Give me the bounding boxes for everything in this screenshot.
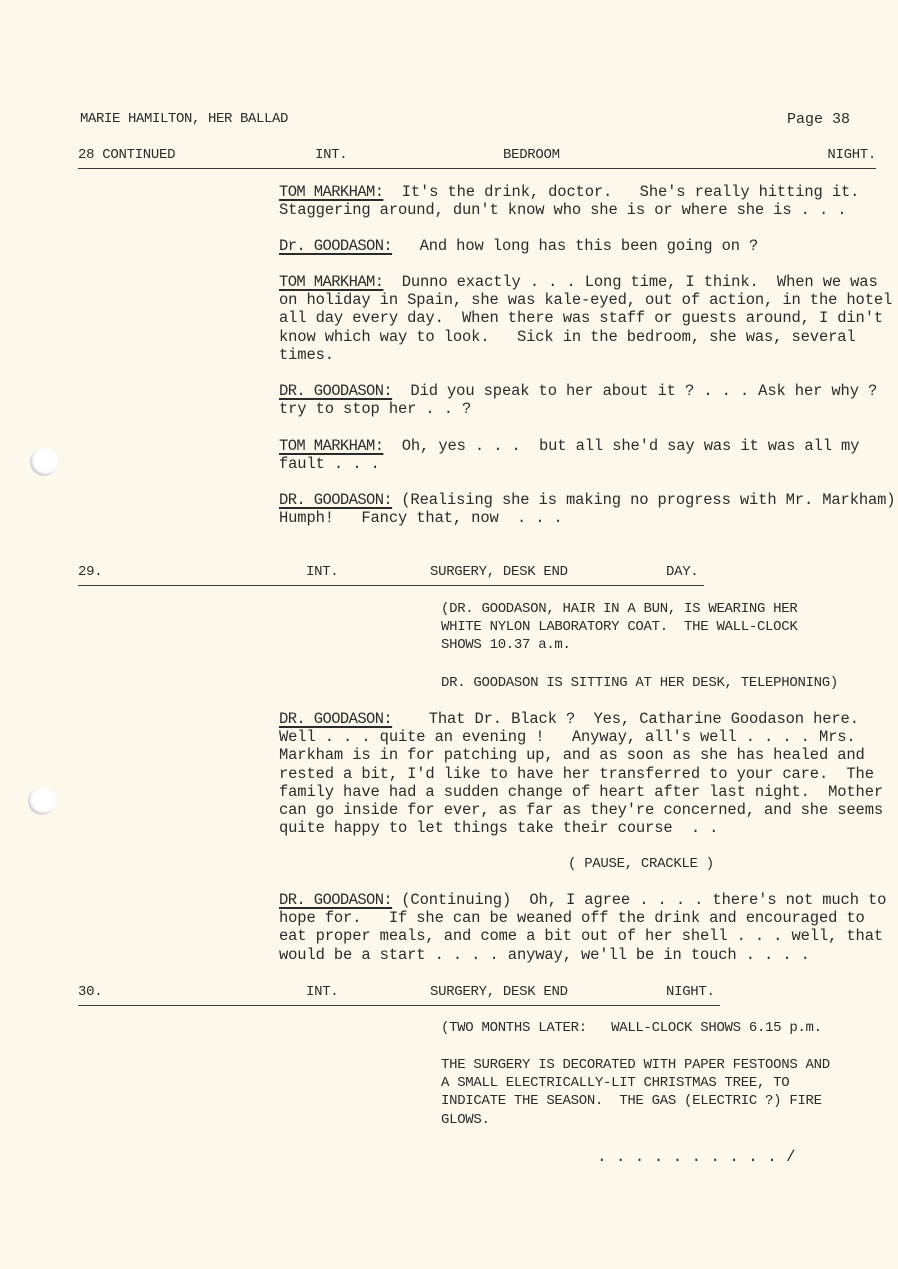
scene-number: 28 CONTINUED (78, 146, 175, 164)
dialogue-line: (Realising she is making no progress wit… (392, 491, 895, 509)
speaker-name: DR. GOODASON: (279, 491, 392, 509)
scene-heading-29: 29. INT. SURGERY, DESK END DAY. (78, 563, 704, 586)
dialogue-block: DR. GOODASON: (Realising she is making n… (279, 491, 895, 527)
dialogue-line: It's the drink, doctor. She's really hit… (383, 183, 859, 201)
punch-hole (28, 787, 56, 815)
dialogue-line: Dunno exactly . . . Long time, I think. … (383, 273, 877, 291)
scene-int-ext: INT. (306, 563, 338, 581)
dialogue-line: know which way to look. Sick in the bedr… (279, 328, 856, 346)
dialogue-line: Well . . . quite an evening ! Anyway, al… (279, 728, 856, 746)
scene-int-ext: INT. (315, 146, 347, 164)
scene-number: 29. (78, 563, 102, 581)
scene-location: BEDROOM (503, 146, 560, 164)
scene-heading-28: 28 CONTINUED INT. BEDROOM NIGHT. (78, 146, 876, 169)
punch-hole (30, 448, 58, 476)
dialogue-block: DR. GOODASON: That Dr. Black ? Yes, Cath… (279, 710, 883, 837)
speaker-name: DR. GOODASON: (279, 710, 392, 728)
stage-aside: ( PAUSE, CRACKLE ) (568, 855, 714, 873)
scene-location: SURGERY, DESK END (430, 983, 568, 1001)
dialogue-line: (Continuing) Oh, I agree . . . . there's… (392, 891, 886, 909)
dialogue-line: can go inside for ever, as far as they'r… (279, 801, 883, 819)
continuation-mark: . . . . . . . . . . / (597, 1148, 795, 1166)
speaker-name: Dr. GOODASON: (279, 237, 392, 255)
dialogue-line: Oh, yes . . . but all she'd say was it w… (383, 437, 859, 455)
script-title: MARIE HAMILTON, HER BALLAD (80, 110, 288, 128)
scene-int-ext: INT. (306, 983, 338, 1001)
dialogue-line: And how long has this been going on ? (392, 237, 758, 255)
scene-time: NIGHT. (827, 146, 876, 164)
stage-directions: (TWO MONTHS LATER: WALL-CLOCK SHOWS 6.15… (441, 1019, 822, 1037)
speaker-name: TOM MARKHAM: (279, 437, 383, 455)
dialogue-line: would be a start . . . . anyway, we'll b… (279, 946, 810, 964)
dialogue-line: family have had a sudden change of heart… (279, 783, 883, 801)
dialogue-block: TOM MARKHAM: It's the drink, doctor. She… (279, 183, 859, 219)
dialogue-block: TOM MARKHAM: Oh, yes . . . but all she'd… (279, 437, 859, 473)
stage-directions: DR. GOODASON IS SITTING AT HER DESK, TEL… (441, 674, 838, 692)
dialogue-block: Dr. GOODASON: And how long has this been… (279, 237, 758, 255)
dialogue-line: times. (279, 346, 334, 364)
dialogue-block: DR. GOODASON: (Continuing) Oh, I agree .… (279, 891, 886, 964)
speaker-name: TOM MARKHAM: (279, 273, 383, 291)
dialogue-line: rested a bit, I'd like to have her trans… (279, 765, 874, 783)
scene-time: NIGHT. (666, 983, 715, 1001)
stage-directions: (DR. GOODASON, HAIR IN A BUN, IS WEARING… (441, 600, 797, 655)
speaker-name: DR. GOODASON: (279, 382, 392, 400)
dialogue-line: eat proper meals, and come a bit out of … (279, 927, 883, 945)
dialogue-line: Staggering around, dun't know who she is… (279, 201, 846, 219)
dialogue-line: fault . . . (279, 455, 380, 473)
scene-number: 30. (78, 983, 102, 1001)
dialogue-line: Markham is in for patching up, and as so… (279, 746, 865, 764)
dialogue-block: TOM MARKHAM: Dunno exactly . . . Long ti… (279, 273, 892, 364)
scene-time: DAY. (666, 563, 698, 581)
dialogue-line: hope for. If she can be weaned off the d… (279, 909, 865, 927)
dialogue-line: quite happy to let things take their cou… (279, 819, 718, 837)
dialogue-line: try to stop her . . ? (279, 400, 471, 418)
page-number: Page 38 (787, 111, 850, 129)
speaker-name: TOM MARKHAM: (279, 183, 383, 201)
dialogue-line: Humph! Fancy that, now . . . (279, 509, 563, 527)
dialogue-line: That Dr. Black ? Yes, Catharine Goodason… (392, 710, 859, 728)
stage-directions: THE SURGERY IS DECORATED WITH PAPER FEST… (441, 1056, 830, 1129)
script-page: MARIE HAMILTON, HER BALLAD Page 38 28 CO… (0, 0, 898, 1269)
dialogue-line: Did you speak to her about it ? . . . As… (392, 382, 877, 400)
speaker-name: DR. GOODASON: (279, 891, 392, 909)
dialogue-block: DR. GOODASON: Did you speak to her about… (279, 382, 877, 418)
scene-location: SURGERY, DESK END (430, 563, 568, 581)
dialogue-line: on holiday in Spain, she was kale-eyed, … (279, 291, 892, 309)
scene-heading-30: 30. INT. SURGERY, DESK END NIGHT. (78, 983, 720, 1006)
dialogue-line: all day every day. When there was staff … (279, 309, 883, 327)
